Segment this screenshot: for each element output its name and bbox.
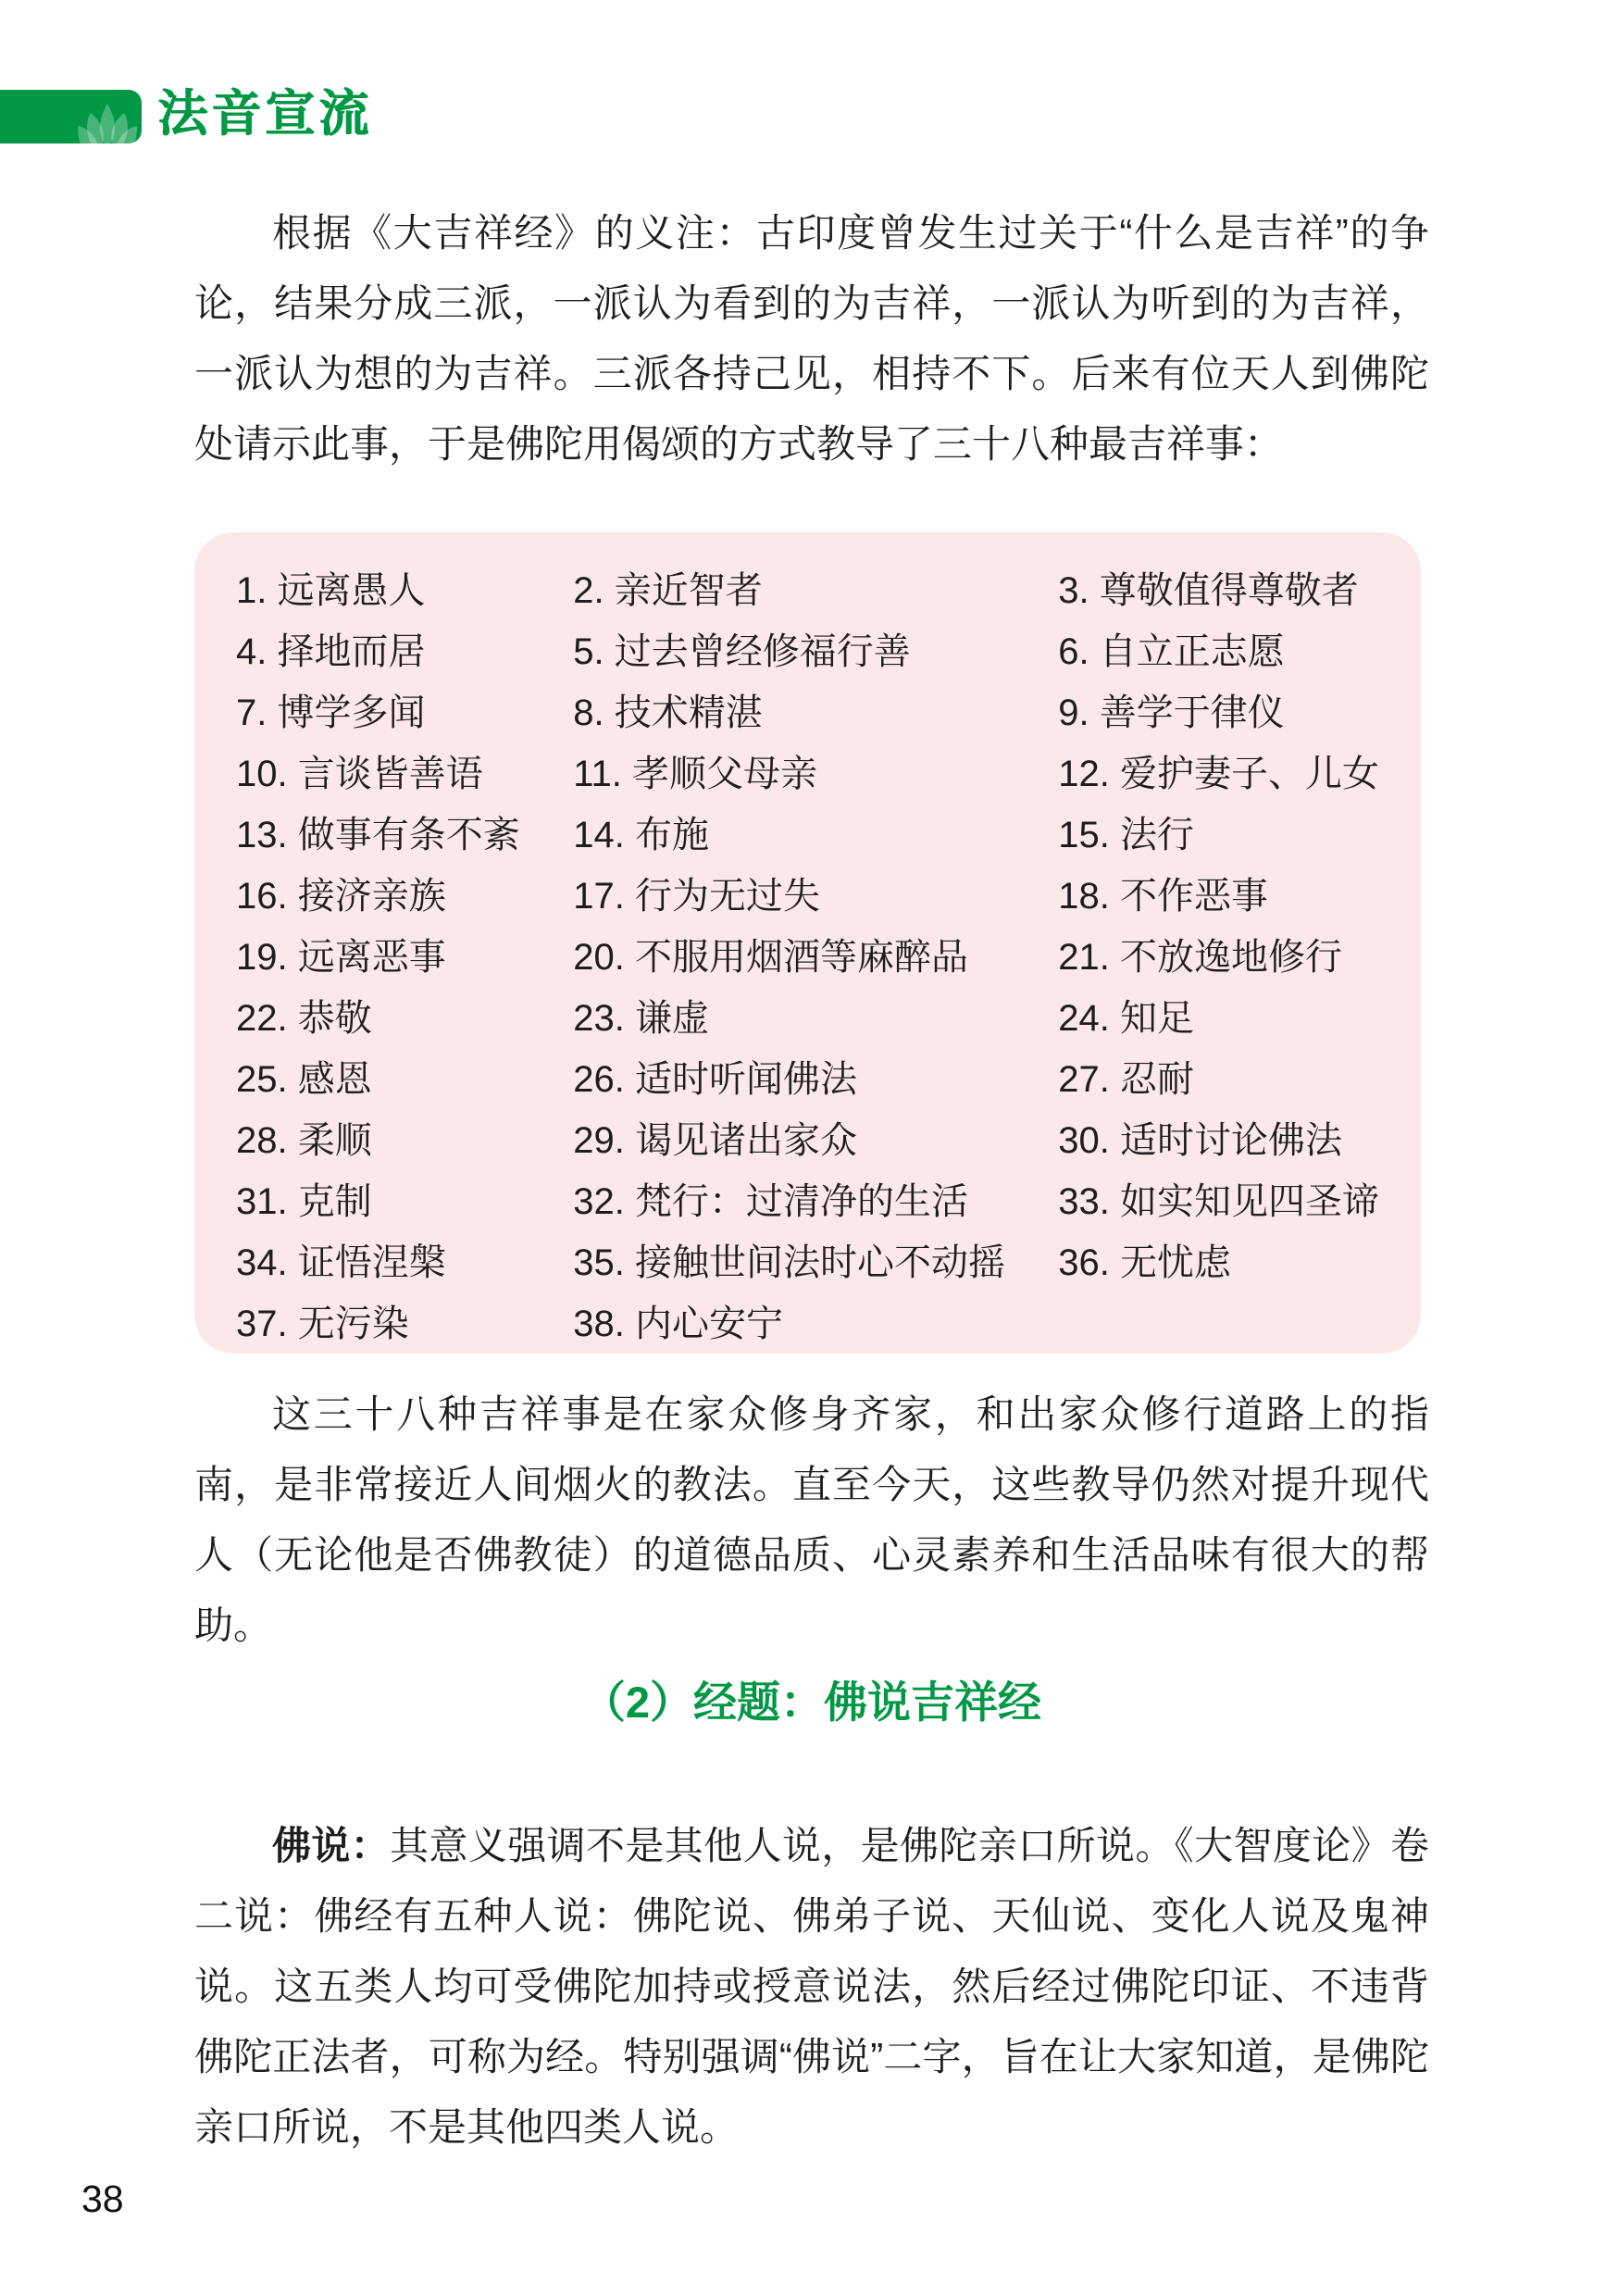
blessings-box: 1. 远离愚人2. 亲近智者3. 尊敬值得尊敬者4. 择地而居5. 过去曾经修福… [194,532,1421,1354]
blessing-item: 26. 适时听闻佛法 [573,1049,1058,1110]
blessing-item: 25. 感恩 [236,1049,573,1110]
lotus-icon [78,102,137,143]
blessing-item: 14. 布施 [573,805,1058,866]
section-paragraph: 佛说：其意义强调不是其他人说，是佛陀亲口所说。《大智度论》卷二说：佛经有五种人说… [194,1811,1429,2163]
blessing-item: 15. 法行 [1058,805,1379,866]
blessing-item: 20. 不服用烟酒等麻醉品 [573,927,1058,988]
blessing-item: 17. 行为无过失 [573,866,1058,927]
blessing-item: 8. 技术精湛 [573,682,1058,743]
blessing-item: 12. 爱护妻子、儿女 [1058,743,1379,805]
blessing-item: 9. 善学于律仪 [1058,682,1379,743]
blessing-item: 4. 择地而居 [236,621,573,682]
blessing-item: 13. 做事有条不紊 [236,805,573,866]
blessing-item: 27. 忍耐 [1058,1049,1379,1110]
blessing-item: 16. 接济亲族 [236,866,573,927]
brand-title: 法音宣流 [157,85,372,143]
blessing-item: 19. 远离恶事 [236,927,573,988]
section-lead: 佛说： [272,1824,390,1867]
blessing-item: 36. 无忧虑 [1058,1232,1379,1293]
blessing-item: 5. 过去曾经修福行善 [573,621,1058,682]
blessing-item: 38. 内心安宁 [573,1293,1058,1354]
intro-paragraph: 根据《大吉祥经》的义注：古印度曾发生过关于“什么是吉祥”的争论，结果分成三派，一… [194,198,1429,480]
blessing-item: 18. 不作恶事 [1058,866,1379,927]
blessing-item: 2. 亲近智者 [573,560,1058,621]
page-number: 38 [81,2177,124,2221]
blessing-item: 29. 谒见诸出家众 [573,1110,1058,1171]
blessing-item: 24. 知足 [1058,988,1379,1049]
blessing-item: 6. 自立正志愿 [1058,621,1379,682]
blessing-item: 31. 克制 [236,1171,573,1232]
summary-paragraph: 这三十八种吉祥事是在家众修身齐家，和出家众修行道路上的指南，是非常接近人间烟火的… [194,1379,1429,1661]
blessing-item: 32. 梵行：过清净的生活 [573,1171,1058,1232]
blessing-item: 23. 谦虚 [573,988,1058,1049]
blessing-item: 28. 柔顺 [236,1110,573,1171]
blessing-item: 33. 如实知见四圣谛 [1058,1171,1379,1232]
blessing-item: 21. 不放逸地修行 [1058,927,1379,988]
book-page: 法音宣流 根据《大吉祥经》的义注：古印度曾发生过关于“什么是吉祥”的争论，结果分… [0,0,1618,2296]
blessing-item: 35. 接触世间法时心不动摇 [573,1232,1058,1293]
blessing-item: 22. 恭敬 [236,988,573,1049]
section-heading: （2）经题：佛说吉祥经 [194,1674,1429,1731]
blessing-item: 7. 博学多闻 [236,682,573,743]
blessing-item: 11. 孝顺父母亲 [573,743,1058,805]
blessing-item: 3. 尊敬值得尊敬者 [1058,560,1379,621]
blessing-item: 34. 证悟涅槃 [236,1232,573,1293]
blessing-item: 30. 适时讨论佛法 [1058,1110,1379,1171]
blessing-item: 1. 远离愚人 [236,560,573,621]
blessing-item: 10. 言谈皆善语 [236,743,573,805]
section-body: 其意义强调不是其他人说，是佛陀亲口所说。《大智度论》卷二说：佛经有五种人说：佛陀… [194,1824,1429,2149]
blessings-grid: 1. 远离愚人2. 亲近智者3. 尊敬值得尊敬者4. 择地而居5. 过去曾经修福… [236,560,1379,1354]
header-green-bar [0,90,142,143]
blessing-item: 37. 无污染 [236,1293,573,1354]
